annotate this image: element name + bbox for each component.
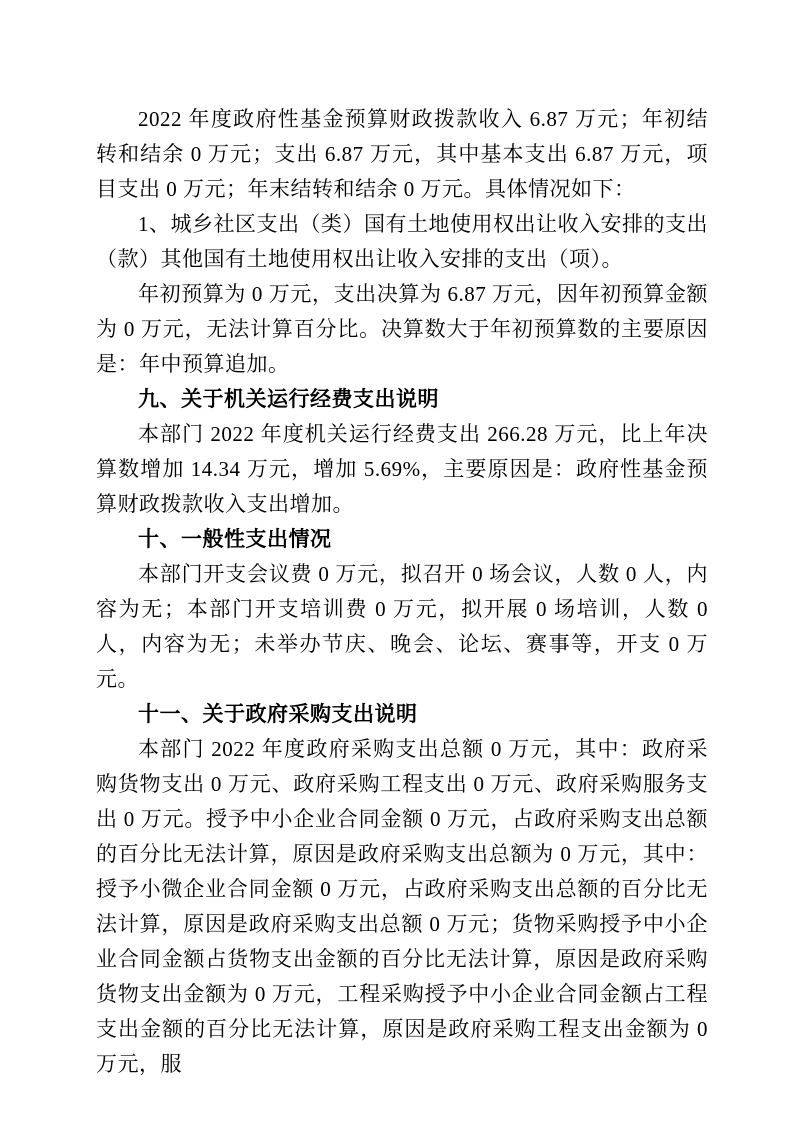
para-budget-comparison: 年初预算为 0 万元，支出决算为 6.87 万元，因年初预算金额为 0 万元，无… <box>96 277 708 382</box>
para-fund-income-summary: 2022 年度政府性基金预算财政拨款收入 6.87 万元；年初结转和结余 0 万… <box>96 102 708 207</box>
para-expense-item-1: 1、城乡社区支出（类）国有土地使用权出让收入安排的支出（款）其他国有土地使用权出… <box>96 207 708 277</box>
para-general-expense: 本部门开支会议费 0 万元，拟召开 0 场会议，人数 0 人，内容为无；本部门开… <box>96 557 708 697</box>
heading-section-11-procurement: 十一、关于政府采购支出说明 <box>96 697 708 732</box>
heading-section-9-operating-expense: 九、关于机关运行经费支出说明 <box>96 382 708 417</box>
para-procurement-detail: 本部门 2022 年度政府采购支出总额 0 万元，其中：政府采购货物支出 0 万… <box>96 732 708 1082</box>
document-body: 2022 年度政府性基金预算财政拨款收入 6.87 万元；年初结转和结余 0 万… <box>96 102 708 1082</box>
para-operating-expense: 本部门 2022 年度机关运行经费支出 266.28 万元，比上年决算数增加 1… <box>96 417 708 522</box>
document-page: 2022 年度政府性基金预算财政拨款收入 6.87 万元；年初结转和结余 0 万… <box>0 0 793 1122</box>
heading-section-10-general-expense: 十、一般性支出情况 <box>96 522 708 557</box>
